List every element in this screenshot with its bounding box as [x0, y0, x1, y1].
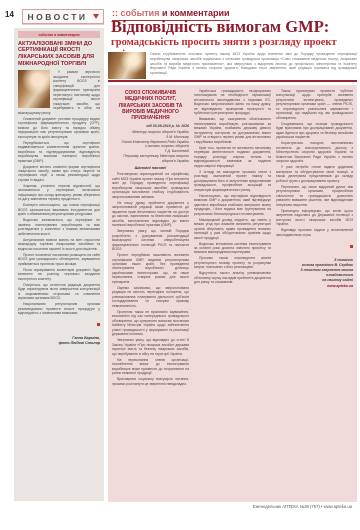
letter-paragraph: Українська громадськість неодноразово на… [194, 89, 271, 116]
letter-paragraph: Користуючись нагодою, висловлюємо готовн… [276, 141, 353, 163]
letter-paragraph: Водночас вітчизняна система інспектуванн… [194, 242, 271, 255]
letter-paragraph: Звертаємо увагу, що чинний Порядок розро… [112, 229, 189, 251]
letter-paragraph: Сподіваємося, що позиція громадськості б… [276, 122, 353, 140]
lead-photo-hands-writing [108, 52, 146, 79]
letter-body-col1: Розглянувши оприлюднений на офіційному с… [112, 172, 189, 386]
sidebar-paragraph: Водночас зазначається, що сертифікат не … [18, 218, 100, 236]
chevron-down-icon [93, 14, 99, 19]
sidebar-paragraph: Передбачається, що сертифікат видаватиме… [18, 141, 100, 163]
letter-paragraph: Крім того, проектом не визначено механіз… [194, 146, 271, 168]
article-title: Відповідність вимогам GMP: [111, 18, 359, 36]
sidebar-paragraph: Актуалізовані вимоги мають на меті спрос… [18, 238, 100, 251]
sidebar-paragraph: Оновлений документ уточнює процедуру вид… [18, 117, 100, 139]
letter-paragraph: Принагідно інформуємо, що копію цього зв… [276, 209, 353, 227]
letter-column-1: СОЮЗ СПОЖИВАЧІВ МЕДИЧНИХ ПОСЛУГ, ЛІКАРСЬ… [112, 89, 189, 498]
letter-paragraph: Враховуючи соціальну значущість питання,… [112, 377, 189, 386]
letter-paragraph: Проектом також не враховано зауваження, … [112, 310, 189, 337]
letter-paragraph: У разі потреби готові надати додаткові м… [276, 165, 353, 183]
letter-addressee-line: Першому заступнику Міністра охорони [112, 154, 189, 159]
letter-salutation: Шановні панове! [112, 166, 189, 170]
signoff-line: З текстом звернення можна ознайомитися [276, 268, 353, 278]
sidebar-paragraph: Очікується, що остаточна редакція докуме… [18, 283, 100, 301]
byline-line: фото Любові Столяр [18, 341, 100, 346]
letter-column-3: Також пропонуємо провести публічні консу… [276, 89, 353, 498]
article-lead-block: Своєю стурбованістю стосовно проекту нак… [108, 52, 357, 79]
letter-paragraph: Відповідь просимо надати у встановлений … [276, 228, 353, 237]
sidebar-paragraph: Зокрема, уточнено перелік відомостей, що… [18, 184, 100, 202]
sidebar-paragraph: Після опрацювання коментарів документ бу… [18, 268, 100, 281]
letter-paragraph: Звертаємо увагу, що відповідно до статті… [112, 338, 189, 356]
sidebar-kicker: события и комментарии [18, 31, 100, 38]
sidebar-paragraph: Національним регуляторним органам рекоме… [18, 302, 100, 315]
sidebar-article: события и комментарии Актуалізовані змін… [14, 28, 104, 501]
sidebar-paragraph: Документ містить оновлені форми сертифік… [18, 165, 100, 183]
end-of-article-marker [350, 245, 353, 248]
letter-paragraph: Наголошуємо, що сертифікат відповідності… [194, 194, 271, 216]
letter-signoff: З повагоюголова правління В. СердюкЗ тек… [276, 258, 353, 284]
letter-paragraph: Відсутність такого аналізу унеможливлює … [194, 271, 271, 284]
letter-ref-number: від 03.09.2010 р. № 1026 [112, 124, 189, 128]
letter-paragraph: На переконання членів організації, посла… [112, 358, 189, 376]
letter-paragraph: Міжнародний досвід свідчить, що навіть у… [194, 218, 271, 240]
letter-body-col2: Українська громадськість неодноразово на… [194, 89, 271, 285]
page-footer: Еженедельник АПТЕКА №36 (757) • www.apte… [253, 504, 352, 509]
headline-divider-rule [108, 80, 357, 82]
section-tab-novosti[interactable]: НОВОСТИ [22, 9, 104, 24]
letter-paragraph: На нашу думку, прийняття документа у зап… [112, 201, 189, 228]
page-number: 14 [5, 10, 14, 19]
sidebar-byline: Ганна Барміна,фото Любові Столяр [18, 336, 100, 347]
letter-column-2: Українська громадськість неодноразово на… [194, 89, 271, 498]
letter-paragraph: З огляду на викладене просимо зняти з ро… [194, 170, 271, 192]
letter-addressee-line: здоров'я України [112, 159, 189, 164]
sidebar-paragraph: Експерти наголошують, що схема сертифіка… [18, 203, 100, 216]
letter-paragraph: Проект передбачає можливість визнання се… [112, 253, 189, 284]
letter-org-heading: СОЮЗ СПОЖИВАЧІВ МЕДИЧНИХ ПОСЛУГ, ЛІКАРСЬ… [114, 90, 187, 121]
sidebar-paragraph: Проект оновленої настанови розміщено на … [18, 253, 100, 266]
letter-addressees: Міністру охорони здоров'я УкраїниЗ.М. Ми… [112, 130, 189, 163]
letter-paragraph: Вважаємо, що скасування обов'язкового ін… [194, 117, 271, 144]
letter-body-col3: Також пропонуємо провести публічні консу… [276, 89, 353, 237]
letter-paragraph: Просимо також оприлюднити аналіз регулят… [194, 256, 271, 269]
sidebar-headline: Актуалізовані зміни до сертифікації якос… [18, 41, 100, 68]
letter-paragraph: Розглянувши оприлюднений на офіційному с… [112, 172, 189, 199]
sidebar-end-marker [97, 323, 100, 326]
sidebar-photo-hands-writing [18, 70, 50, 108]
section-tab-label: НОВОСТИ [27, 12, 87, 22]
letter-paragraph: Переконані, що лише відкритий діалог між… [276, 185, 353, 207]
letter-paragraph: Окремо зазначимо, що запропонована редак… [112, 286, 189, 308]
letter-paragraph: Також пропонуємо провести публічні консу… [276, 89, 353, 120]
signoff-website: www.apteka.ua [276, 284, 353, 289]
open-letter-box: СОЮЗ СПОЖИВАЧІВ МЕДИЧНИХ ПОСЛУГ, ЛІКАРСЬ… [108, 85, 357, 502]
